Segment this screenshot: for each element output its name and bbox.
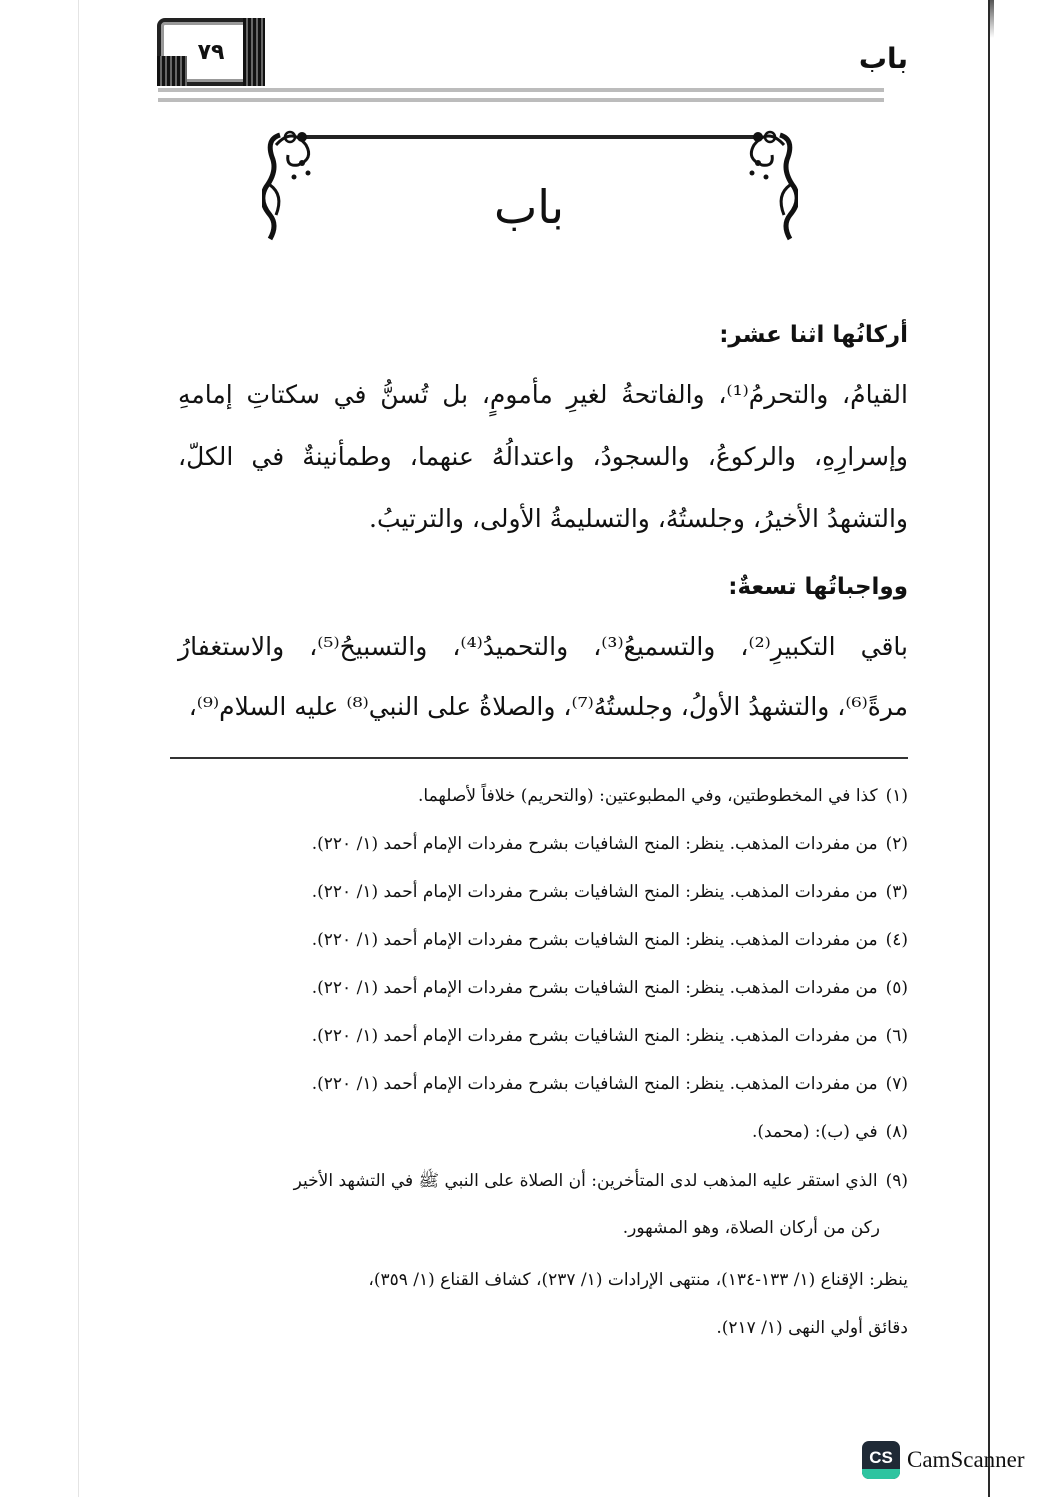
pillars-line-2: وإسرارِهِ، والركوعُ، والسجودُ، واعتدالُه… [178, 442, 908, 471]
footnote-separator [170, 757, 908, 759]
footnote-1: (١)كذا في المخطوطتين، وفي المطبوعتين: (و… [418, 786, 908, 806]
footnote-7: (٧)من مفردات المذهب. ينظر: المنح الشافيا… [312, 1074, 908, 1094]
running-header-title: باب [859, 42, 908, 75]
header-rule-top [158, 88, 884, 92]
chapter-title: باب [0, 180, 1058, 234]
footnote-9-cont-2: ينظر: الإقناع (١/ ١٣٣-١٣٤)، منتهى الإراد… [368, 1270, 908, 1290]
obligations-line-1: باقي التكبيرِ⁽²⁾، والتسميعُ⁽³⁾، والتحميد… [178, 632, 908, 661]
footnote-5: (٥)من مفردات المذهب. ينظر: المنح الشافيا… [312, 978, 908, 998]
footnote-2: (٢)من مفردات المذهب. ينظر: المنح الشافيا… [312, 834, 908, 854]
page-number-box: ٧٩ [157, 18, 265, 86]
page-edge-shadow [990, 0, 994, 38]
footnote-4: (٤)من مفردات المذهب. ينظر: المنح الشافيا… [312, 930, 908, 950]
footnote-3: (٣)من مفردات المذهب. ينظر: المنح الشافيا… [312, 882, 908, 902]
pillars-heading: أركانُها اثنا عشر: [719, 322, 908, 348]
camscanner-watermark: CS CamScanner [862, 1441, 1025, 1479]
camscanner-logo-icon: CS [862, 1441, 900, 1479]
footnote-9-cont-3: دقائق أولي النهى (١/ ٢١٧). [716, 1318, 908, 1338]
obligations-heading: وواجباتُها تسعةٌ: [728, 574, 908, 600]
camscanner-name: CamScanner [907, 1447, 1025, 1473]
page-number: ٧٩ [198, 40, 225, 65]
pillars-line-3: والتشهدُ الأخيرُ، وجلستُهُ، والتسليمةُ ا… [369, 504, 908, 533]
footnote-6: (٦)من مفردات المذهب. ينظر: المنح الشافيا… [312, 1026, 908, 1046]
footnote-9: (٩)الذي استقر عليه المذهب لدى المتأخرين:… [294, 1170, 908, 1195]
footnote-8: (٨)في (ب): (محمد). [752, 1122, 908, 1142]
footnote-9-cont-1: ركن من أركان الصلاة، وهو المشهور. [623, 1218, 880, 1238]
header-rule-bottom [158, 98, 884, 102]
obligations-line-2: مرةً⁽⁶⁾، والتشهدُ الأولُ، وجلستُهُ⁽⁷⁾، و… [189, 692, 908, 721]
pillars-line-1: القيامُ، والتحرمُ⁽¹⁾، والفاتحةُ لغيرِ مأ… [178, 380, 908, 409]
